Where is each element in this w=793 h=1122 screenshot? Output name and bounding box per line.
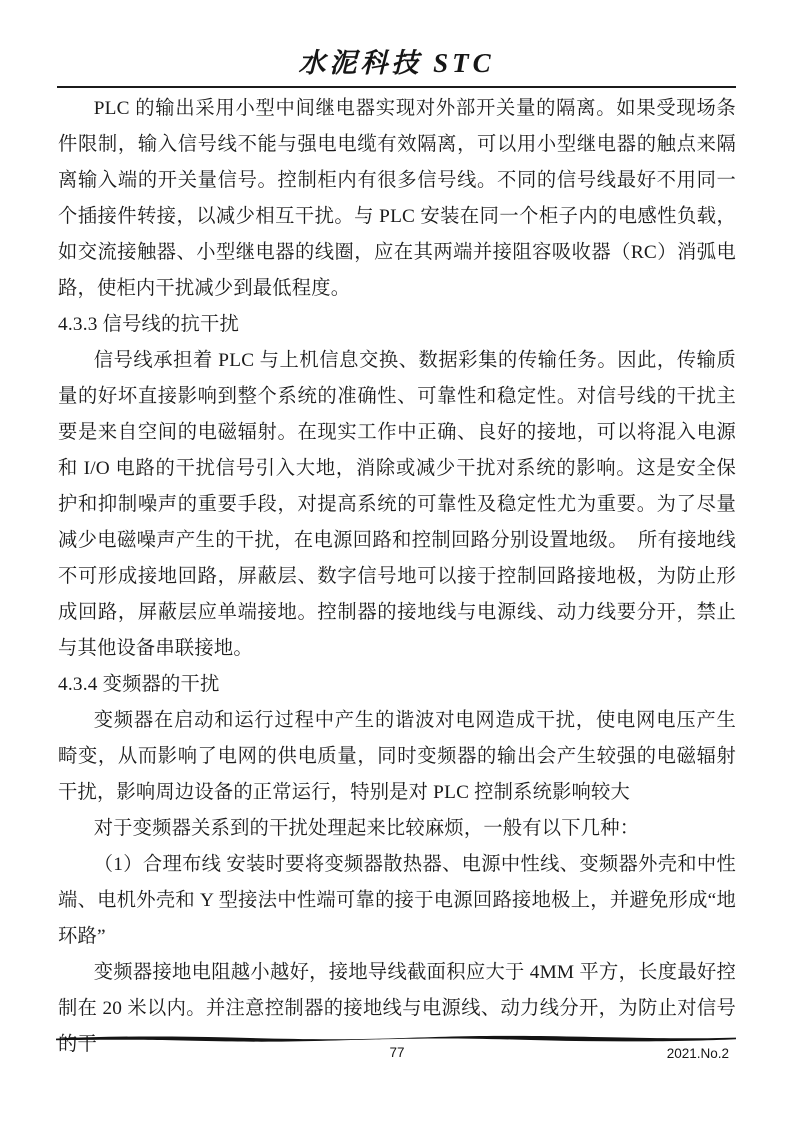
page-footer: 77 2021.No.2 — [58, 1045, 736, 1063]
header-rule — [57, 86, 736, 88]
journal-title: 水泥科技 STC — [0, 41, 793, 80]
body-paragraph: 信号线承担着 PLC 与上机信息交换、数据彩集的传输任务。因此，传输质量的好坏直… — [58, 343, 736, 667]
section-heading-4-3-4: 4.3.4 变频器的干扰 — [58, 667, 736, 703]
page-number: 77 — [58, 1045, 736, 1060]
issue-label: 2021.No.2 — [667, 1046, 729, 1061]
body-paragraph: 变频器在启动和运行过程中产生的谐波对电网造成干扰，使电网电压产生畸变，从而影响了… — [58, 703, 736, 811]
body-paragraph: （1）合理布线 安装时要将变频器散热器、电源中性线、变频器外壳和中性端、电机外壳… — [58, 847, 736, 955]
section-heading-4-3-3: 4.3.3 信号线的抗干扰 — [58, 307, 736, 343]
body-paragraph: 对于变频器关系到的干扰处理起来比较麻烦，一般有以下几种： — [58, 811, 736, 847]
body-paragraph: PLC 的输出采用小型中间继电器实现对外部开关量的隔离。如果受现场条件限制，输入… — [58, 91, 736, 307]
article-body: PLC 的输出采用小型中间继电器实现对外部开关量的隔离。如果受现场条件限制，输入… — [58, 91, 736, 1063]
document-page: 水泥科技 STC PLC 的输出采用小型中间继电器实现对外部开关量的隔离。如果受… — [0, 0, 793, 1122]
footer-rule — [56, 1034, 736, 1044]
